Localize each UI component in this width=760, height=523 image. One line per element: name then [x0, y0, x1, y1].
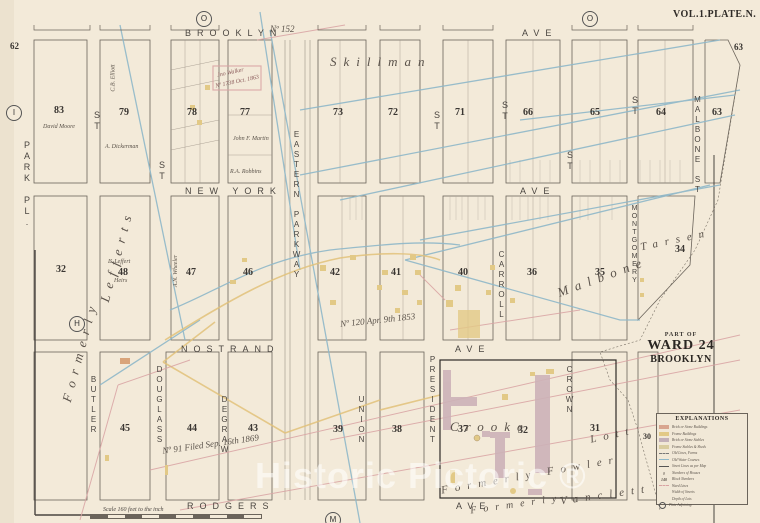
legend-swatch: 140 — [659, 477, 669, 481]
street-st-2: ST — [157, 160, 166, 182]
block-number: 40 — [458, 268, 468, 278]
street-brooklyn-ave: AVE — [522, 29, 557, 38]
cartouche-ward: WARD 24 — [632, 338, 730, 354]
street-president: PRESIDENT — [428, 355, 436, 445]
scale-text: Scale 160 feet to the inch — [103, 507, 163, 513]
street-butler: BUTLER — [89, 375, 97, 435]
street-st-4: ST — [565, 150, 574, 172]
block-number: 45 — [120, 424, 130, 434]
block-number: 38 — [392, 425, 402, 435]
block-number: 78 — [187, 108, 197, 118]
block-number: 46 — [243, 268, 253, 278]
owner-name: A.N. Wheeler — [173, 255, 179, 287]
block-number: 42 — [330, 268, 340, 278]
street-nostrand-ave: AVE — [455, 345, 490, 354]
watermark: Historic Pictoric ® — [255, 455, 587, 497]
block-number: 36 — [527, 268, 537, 278]
owner-name: R.A. Robbins — [230, 169, 262, 175]
legend-swatch — [659, 438, 669, 442]
street-new-york: NEW YORK — [185, 187, 282, 196]
legend-swatch — [659, 490, 669, 494]
grid-marker-bottom: M — [325, 512, 341, 523]
ward-cartouche: PART OF WARD 24 BROOKLYN — [632, 332, 730, 365]
block-number: 66 — [523, 108, 533, 118]
street-crown: CROWN — [565, 365, 573, 415]
legend-swatch — [659, 425, 669, 429]
owner-name: C.B. Elliott — [111, 64, 117, 91]
former-owner-script: Crooke — [450, 420, 530, 433]
street-st-6: ST — [630, 95, 639, 117]
block-number: 41 — [391, 268, 401, 278]
grid-marker-top-right: O — [582, 11, 598, 27]
scale-bar — [90, 514, 262, 519]
block-number: 79 — [119, 108, 129, 118]
legend-swatch — [659, 453, 669, 454]
block-number: 30 — [643, 433, 651, 441]
street-brooklyn: BROOKLYN — [185, 29, 282, 38]
legend-swatch — [659, 459, 669, 460]
owner-name: John F. Martin — [233, 136, 269, 142]
block-number: 71 — [455, 108, 465, 118]
legend-swatch: 8 — [659, 471, 669, 475]
grid-marker-top-left: O — [196, 11, 212, 27]
block-number: 39 — [333, 425, 343, 435]
cartouche-city: BROOKLYN — [632, 354, 730, 365]
legend-swatch — [659, 445, 669, 449]
street-park-pl: PARK PL. — [22, 140, 31, 228]
street-st-1: ST — [92, 110, 101, 132]
block-number: 65 — [590, 108, 600, 118]
street-eastern-parkway: EASTERN PARKWAY — [292, 130, 300, 280]
owner-name: A. Dickerman — [105, 144, 138, 150]
block-number: 63 — [712, 108, 722, 118]
block-number: 44 — [187, 424, 197, 434]
street-st-5: ST — [432, 110, 441, 132]
former-owner-script: Skillman — [330, 55, 432, 68]
block-number: 83 — [54, 106, 64, 116]
block-number: 47 — [186, 268, 196, 278]
legend-swatch — [659, 432, 669, 436]
street-brooklyn-suffix: Nº 152 — [270, 25, 295, 34]
street-union: UNION — [357, 395, 365, 445]
map-plate: VOL.1.PLATE.N. O O I H M 62 63 BROOKLYN … — [0, 0, 760, 523]
street-st-3: ST — [500, 100, 509, 122]
block-number: 32 — [56, 265, 66, 275]
street-new-york-ave: AVE — [520, 187, 555, 196]
block-number: 34 — [675, 245, 685, 255]
owner-name: David Moore — [43, 124, 75, 130]
plate-title: VOL.1.PLATE.N. — [673, 9, 756, 20]
legend-swatch — [659, 497, 669, 501]
legend-swatch — [659, 466, 669, 467]
block-number: 64 — [656, 108, 666, 118]
street-nostrand: NOSTRAND — [181, 345, 280, 354]
adjacent-plate-62: 62 — [10, 42, 19, 51]
street-carroll: CARROLL — [497, 250, 505, 320]
block-number: 73 — [333, 108, 343, 118]
street-rodgers: RODGERS — [187, 502, 275, 511]
legend-title: EXPLANATIONS — [659, 416, 745, 422]
grid-marker-left: I — [6, 105, 22, 121]
legend-swatch — [659, 502, 666, 509]
street-douglass: DOUGLASS — [155, 365, 163, 445]
adjacent-plate-63: 63 — [734, 43, 743, 52]
legend-item: Plate Adjoining — [659, 502, 745, 509]
legend-explanations: EXPLANATIONS Brick or Stone Buildings Fr… — [656, 413, 748, 505]
block-number: 77 — [240, 108, 250, 118]
street-malbone: MALBONE ST — [693, 95, 701, 195]
block-number: 72 — [388, 108, 398, 118]
legend-swatch — [659, 485, 669, 486]
